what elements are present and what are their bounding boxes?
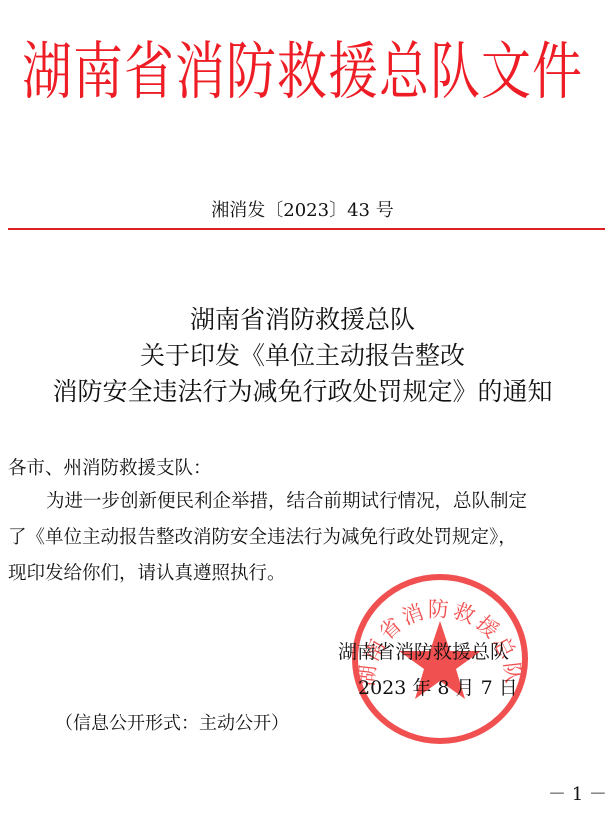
document-number: 湘消发〔2023〕43 号 bbox=[0, 199, 605, 223]
document-title-line-1: 湖南省消防救援总队 bbox=[0, 303, 605, 337]
disclosure-type: （信息公开形式：主动公开） bbox=[55, 710, 289, 738]
document-title-line-3: 消防安全违法行为减免行政处罚规定》的通知 bbox=[0, 375, 605, 409]
body-line-2: 了《单位主动报告整改消防安全违法行为减免行政处罚规定》， bbox=[8, 524, 517, 552]
salutation: 各市、州消防救援支队： bbox=[8, 455, 212, 483]
red-divider-line bbox=[8, 228, 605, 230]
body-line-1: 为进一步创新便民利企举措，结合前期试行情况，总队制定 bbox=[46, 488, 527, 516]
signer: 湖南省消防救援总队 bbox=[338, 638, 509, 666]
signing-date: 2023 年 8 月 7 日 bbox=[358, 674, 518, 702]
document-masthead: 湖南省消防救援总队文件 bbox=[0, 28, 605, 116]
page-number: － 1 － bbox=[548, 783, 605, 807]
body-line-3: 现印发给你们，请认真遵照执行。 bbox=[8, 560, 286, 588]
document-title-line-2: 关于印发《单位主动报告整改 bbox=[0, 339, 605, 373]
